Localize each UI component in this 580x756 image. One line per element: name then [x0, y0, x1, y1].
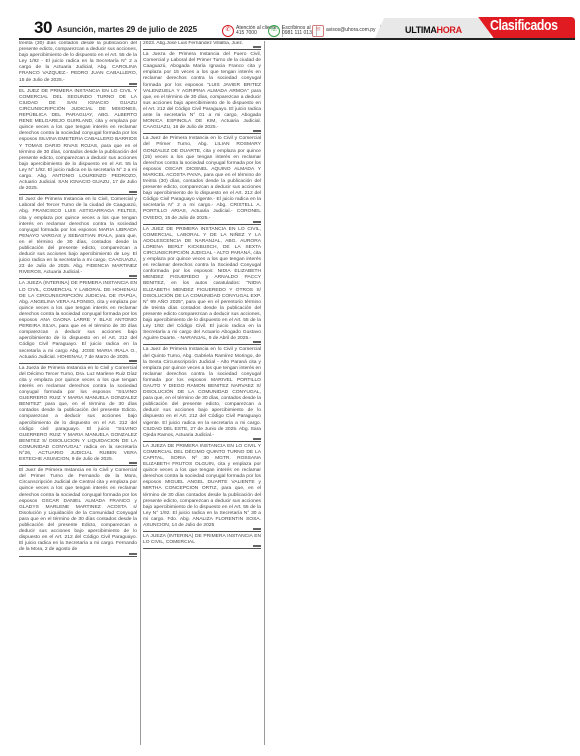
contact-phone-value: 415 7000 [236, 30, 257, 36]
brand-logo: ULTIMAHORA [405, 25, 462, 35]
brand-hora: HORA [437, 25, 462, 35]
top-margin [0, 0, 580, 17]
edict-item: LA JUEZA DE PRIMERA INSTANCIA EN LO CIVI… [143, 444, 261, 532]
edict-item: LA JUEZ DE PRIMERA INSTANCIA EN LO CIVIL… [143, 227, 261, 346]
phone-icon: ✆ [222, 25, 234, 37]
edict-item: 2023. Abg.José Luis Fernández Villalba, … [143, 41, 261, 50]
page-number: 30 [34, 18, 52, 38]
edict-item: La Jueza de Primera Instancia del Fuero … [143, 52, 261, 134]
edict-item: El Juez de Primera Instancia en lo Civil… [19, 468, 137, 556]
dateline: Asunción, martes 29 de julio de 2025 [57, 25, 197, 34]
contact-email[interactable]: ✉ avisos@uhora.com.py [312, 25, 381, 37]
edict-item: El Juez de Primera Instancia en lo Civil… [19, 197, 137, 279]
edict-item: treinta (30) días contados desde la publ… [19, 41, 137, 87]
brand-ultima: ULTIMA [405, 25, 437, 35]
edict-item: LA JUEZA (INTERINA) DE PRIMERA INSTANCIA… [143, 534, 261, 549]
contact-whatsapp-value: 0981 111 013 [282, 30, 312, 36]
edict-item: La Jueza de Primera Instancia en lo Civi… [19, 366, 137, 467]
edict-item: EL JUEZ DE PRIMERA INSTANCIA EN LO CIVIL… [19, 89, 137, 196]
whatsapp-icon: ☏ [268, 25, 280, 37]
column-divider [140, 41, 141, 745]
edict-item: La Juez de Primera Instancia en lo Civil… [143, 347, 261, 441]
header-rule [19, 38, 575, 40]
envelope-icon: ✉ [312, 25, 324, 37]
contact-whatsapp: ☏ Escríbinos al0981 111 013 [268, 25, 317, 37]
contact-email-value[interactable]: avisos@uhora.com.py [326, 28, 376, 34]
column-2: 2023. Abg.José Luis Fernández Villalba, … [143, 41, 261, 745]
section-title: Clasificados [490, 17, 558, 34]
column-divider [264, 41, 265, 745]
edict-item: La Juez de Primera Instancia en lo Civil… [143, 136, 261, 224]
column-1: treinta (30) días contados desde la publ… [19, 41, 137, 745]
edict-item: LA JUEZA (INTERINA) DE PRIMERA INSTANCIA… [19, 281, 137, 363]
